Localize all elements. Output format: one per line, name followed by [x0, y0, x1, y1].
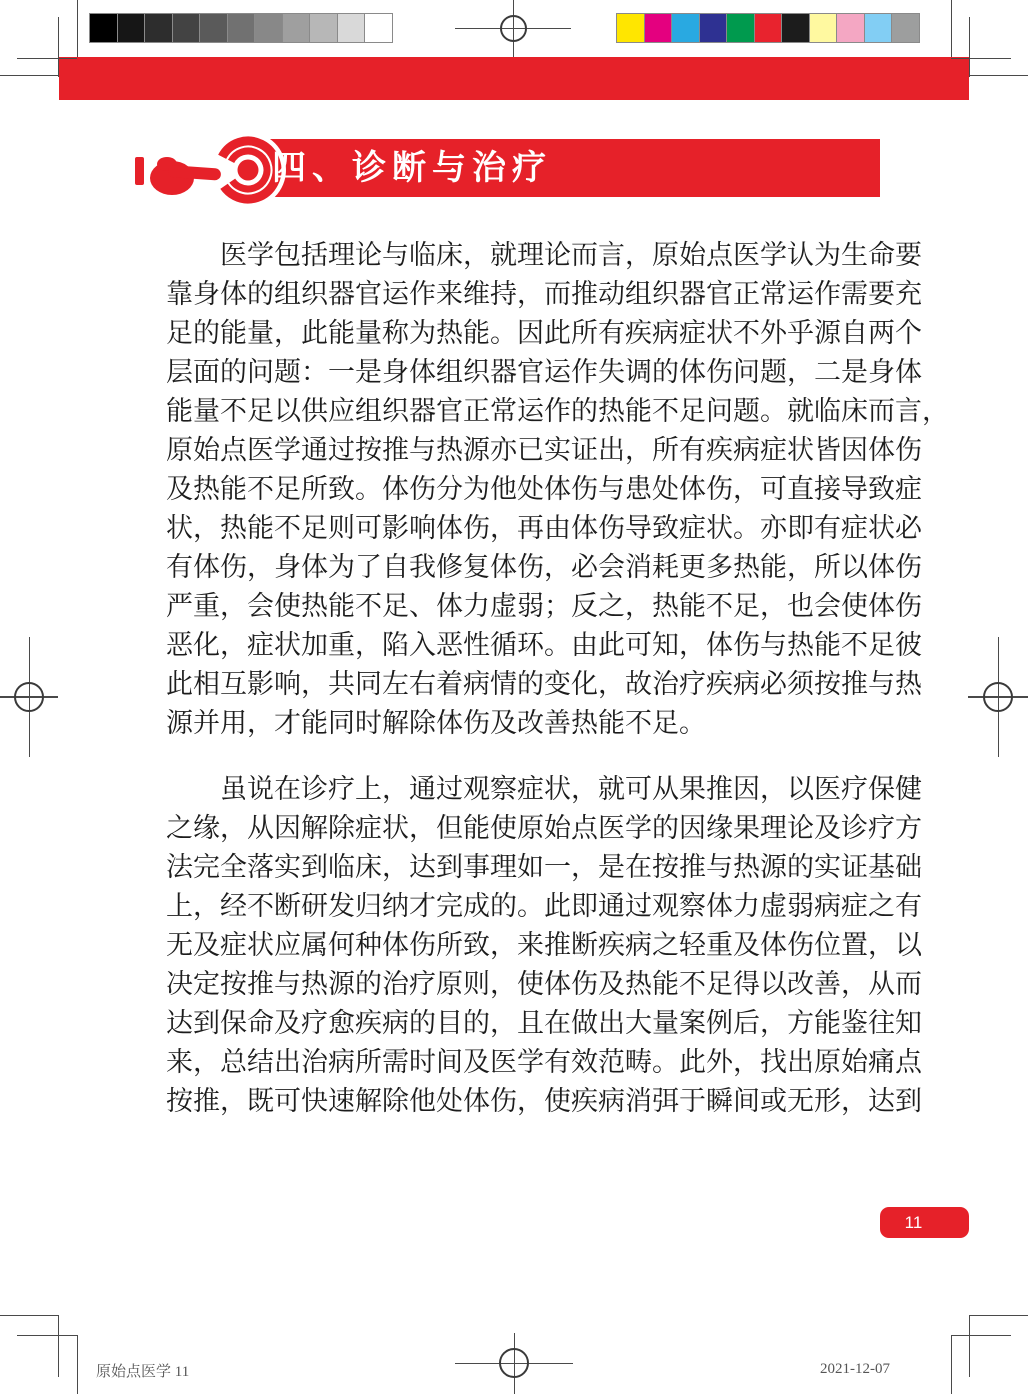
color-calibration-bar [617, 13, 920, 43]
body-text-line: 来，总结出治病所需时间及医学有效范畴。此外，找出原始痛点 [166, 1043, 872, 1082]
body-text-line: 恶化，症状加重，陷入恶性循环。由此可知，体伤与热能不足彼 [166, 626, 872, 665]
calibration-swatch [89, 13, 118, 43]
page-number-badge: 11 [880, 1207, 969, 1238]
crop-mark [970, 1315, 1028, 1316]
body-text-line: 靠身体的组织器官运作来维持，而推动组织器官正常运作需要充 [166, 275, 872, 314]
crop-mark [951, 1335, 1011, 1336]
crop-mark [58, 1315, 59, 1377]
body-text-line: 无及症状应属何种体伤所致，来推断疾病之轻重及体伤位置，以 [166, 926, 872, 965]
calibration-swatch [364, 13, 393, 43]
body-text-line: 法完全落实到临床，达到事理如一，是在按推与热源的实证基础 [166, 848, 872, 887]
pointing-hand-icon [135, 157, 221, 195]
paragraph-2: 虽说在诊疗上，通过观察症状，就可从果推因，以医疗保健之缘，从因解除症状，但能使原… [166, 770, 872, 1121]
crop-mark [951, 0, 952, 57]
crop-mark [58, 17, 59, 77]
crop-mark [17, 58, 77, 59]
calibration-swatch [172, 13, 201, 43]
book-page: 四、诊断与治疗 医学包括理论与临床，就理论而言，原始点医学认为生命要靠身体的组织… [0, 0, 1028, 1394]
calibration-swatch [282, 13, 311, 43]
calibration-swatch [809, 13, 838, 43]
calibration-swatch [836, 13, 865, 43]
body-text-line: 严重，会使热能不足、体力虚弱；反之，热能不足，也会使体伤 [166, 587, 872, 626]
calibration-swatch [891, 13, 920, 43]
body-text-line: 医学包括理论与临床，就理论而言，原始点医学认为生命要 [166, 236, 872, 275]
body-text-line: 能量不足以供应组织器官正常运作的热能不足问题。就临床而言， [166, 392, 872, 431]
body-text-line: 之缘，从因解除症状，但能使原始点医学的因缘果理论及诊疗方 [166, 809, 872, 848]
registration-mark [14, 682, 44, 712]
calibration-swatch [726, 13, 755, 43]
calibration-swatch [199, 13, 228, 43]
body-text-line: 及热能不足所致。体伤分为他处体伤与患处体伤，可直接导致症 [166, 470, 872, 509]
calibration-swatch [644, 13, 673, 43]
registration-mark [983, 682, 1013, 712]
calibration-swatch [754, 13, 783, 43]
grayscale-calibration-bar [90, 13, 393, 43]
calibration-swatch [864, 13, 893, 43]
body-text-line: 有体伤，身体为了自我修复体伤，必会消耗更多热能，所以体伤 [166, 548, 872, 587]
crop-mark [969, 17, 970, 77]
calibration-swatch [671, 13, 700, 43]
pointing-hand-target-icon [134, 128, 290, 216]
calibration-swatch [227, 13, 256, 43]
crop-mark [0, 75, 58, 76]
body-text-line: 源并用，才能同时解除体伤及改善热能不足。 [166, 704, 872, 743]
crop-mark [77, 0, 78, 57]
registration-mark [500, 15, 527, 42]
crop-mark [17, 1335, 77, 1336]
body-text-line: 足的能量，此能量称为热能。因此所有疾病症状不外乎源自两个 [166, 314, 872, 353]
body-text-line: 原始点医学通过按推与热源亦已实证出，所有疾病症状皆因体伤 [166, 431, 872, 470]
body-text-line: 此相互影响，共同左右着病情的变化，故治疗疾病必须按推与热 [166, 665, 872, 704]
top-accent-bar [59, 57, 969, 100]
crop-mark [0, 1315, 58, 1316]
calibration-swatch [337, 13, 366, 43]
crop-mark [951, 58, 1011, 59]
body-text-line: 层面的问题：一是身体组织器官运作失调的体伤问题，二是身体 [166, 353, 872, 392]
body-text-line: 状，热能不足则可影响体伤，再由体伤导致症状。亦即有症状必 [166, 509, 872, 548]
body-text-line: 虽说在诊疗上，通过观察症状，就可从果推因，以医疗保健 [166, 770, 872, 809]
calibration-swatch [699, 13, 728, 43]
body-text-line: 达到保命及疗愈疾病的目的，且在做出大量案例后，方能鉴往知 [166, 1004, 872, 1043]
paragraph-1: 医学包括理论与临床，就理论而言，原始点医学认为生命要靠身体的组织器官运作来维持，… [166, 236, 872, 743]
crop-mark [969, 1315, 970, 1377]
calibration-swatch [781, 13, 810, 43]
chapter-title: 四、诊断与治疗 [272, 139, 552, 197]
body-text-line: 决定按推与热源的治疗原则，使体伤及热能不足得以改善，从而 [166, 965, 872, 1004]
calibration-swatch [616, 13, 645, 43]
registration-mark [499, 1348, 529, 1378]
crop-mark [77, 1335, 78, 1394]
crop-mark [951, 1335, 952, 1394]
calibration-swatch [144, 13, 173, 43]
calibration-swatch [117, 13, 146, 43]
footer-book-title: 原始点医学 11 [96, 1360, 189, 1381]
footer-date: 2021-12-07 [820, 1361, 890, 1378]
crop-mark [970, 75, 1028, 76]
body-text-line: 按推，既可快速解除他处体伤，使疾病消弭于瞬间或无形，达到 [166, 1082, 872, 1121]
body-text-line: 上，经不断研发归纳才完成的。此即通过观察体力虚弱病症之有 [166, 887, 872, 926]
calibration-swatch [254, 13, 283, 43]
calibration-swatch [309, 13, 338, 43]
